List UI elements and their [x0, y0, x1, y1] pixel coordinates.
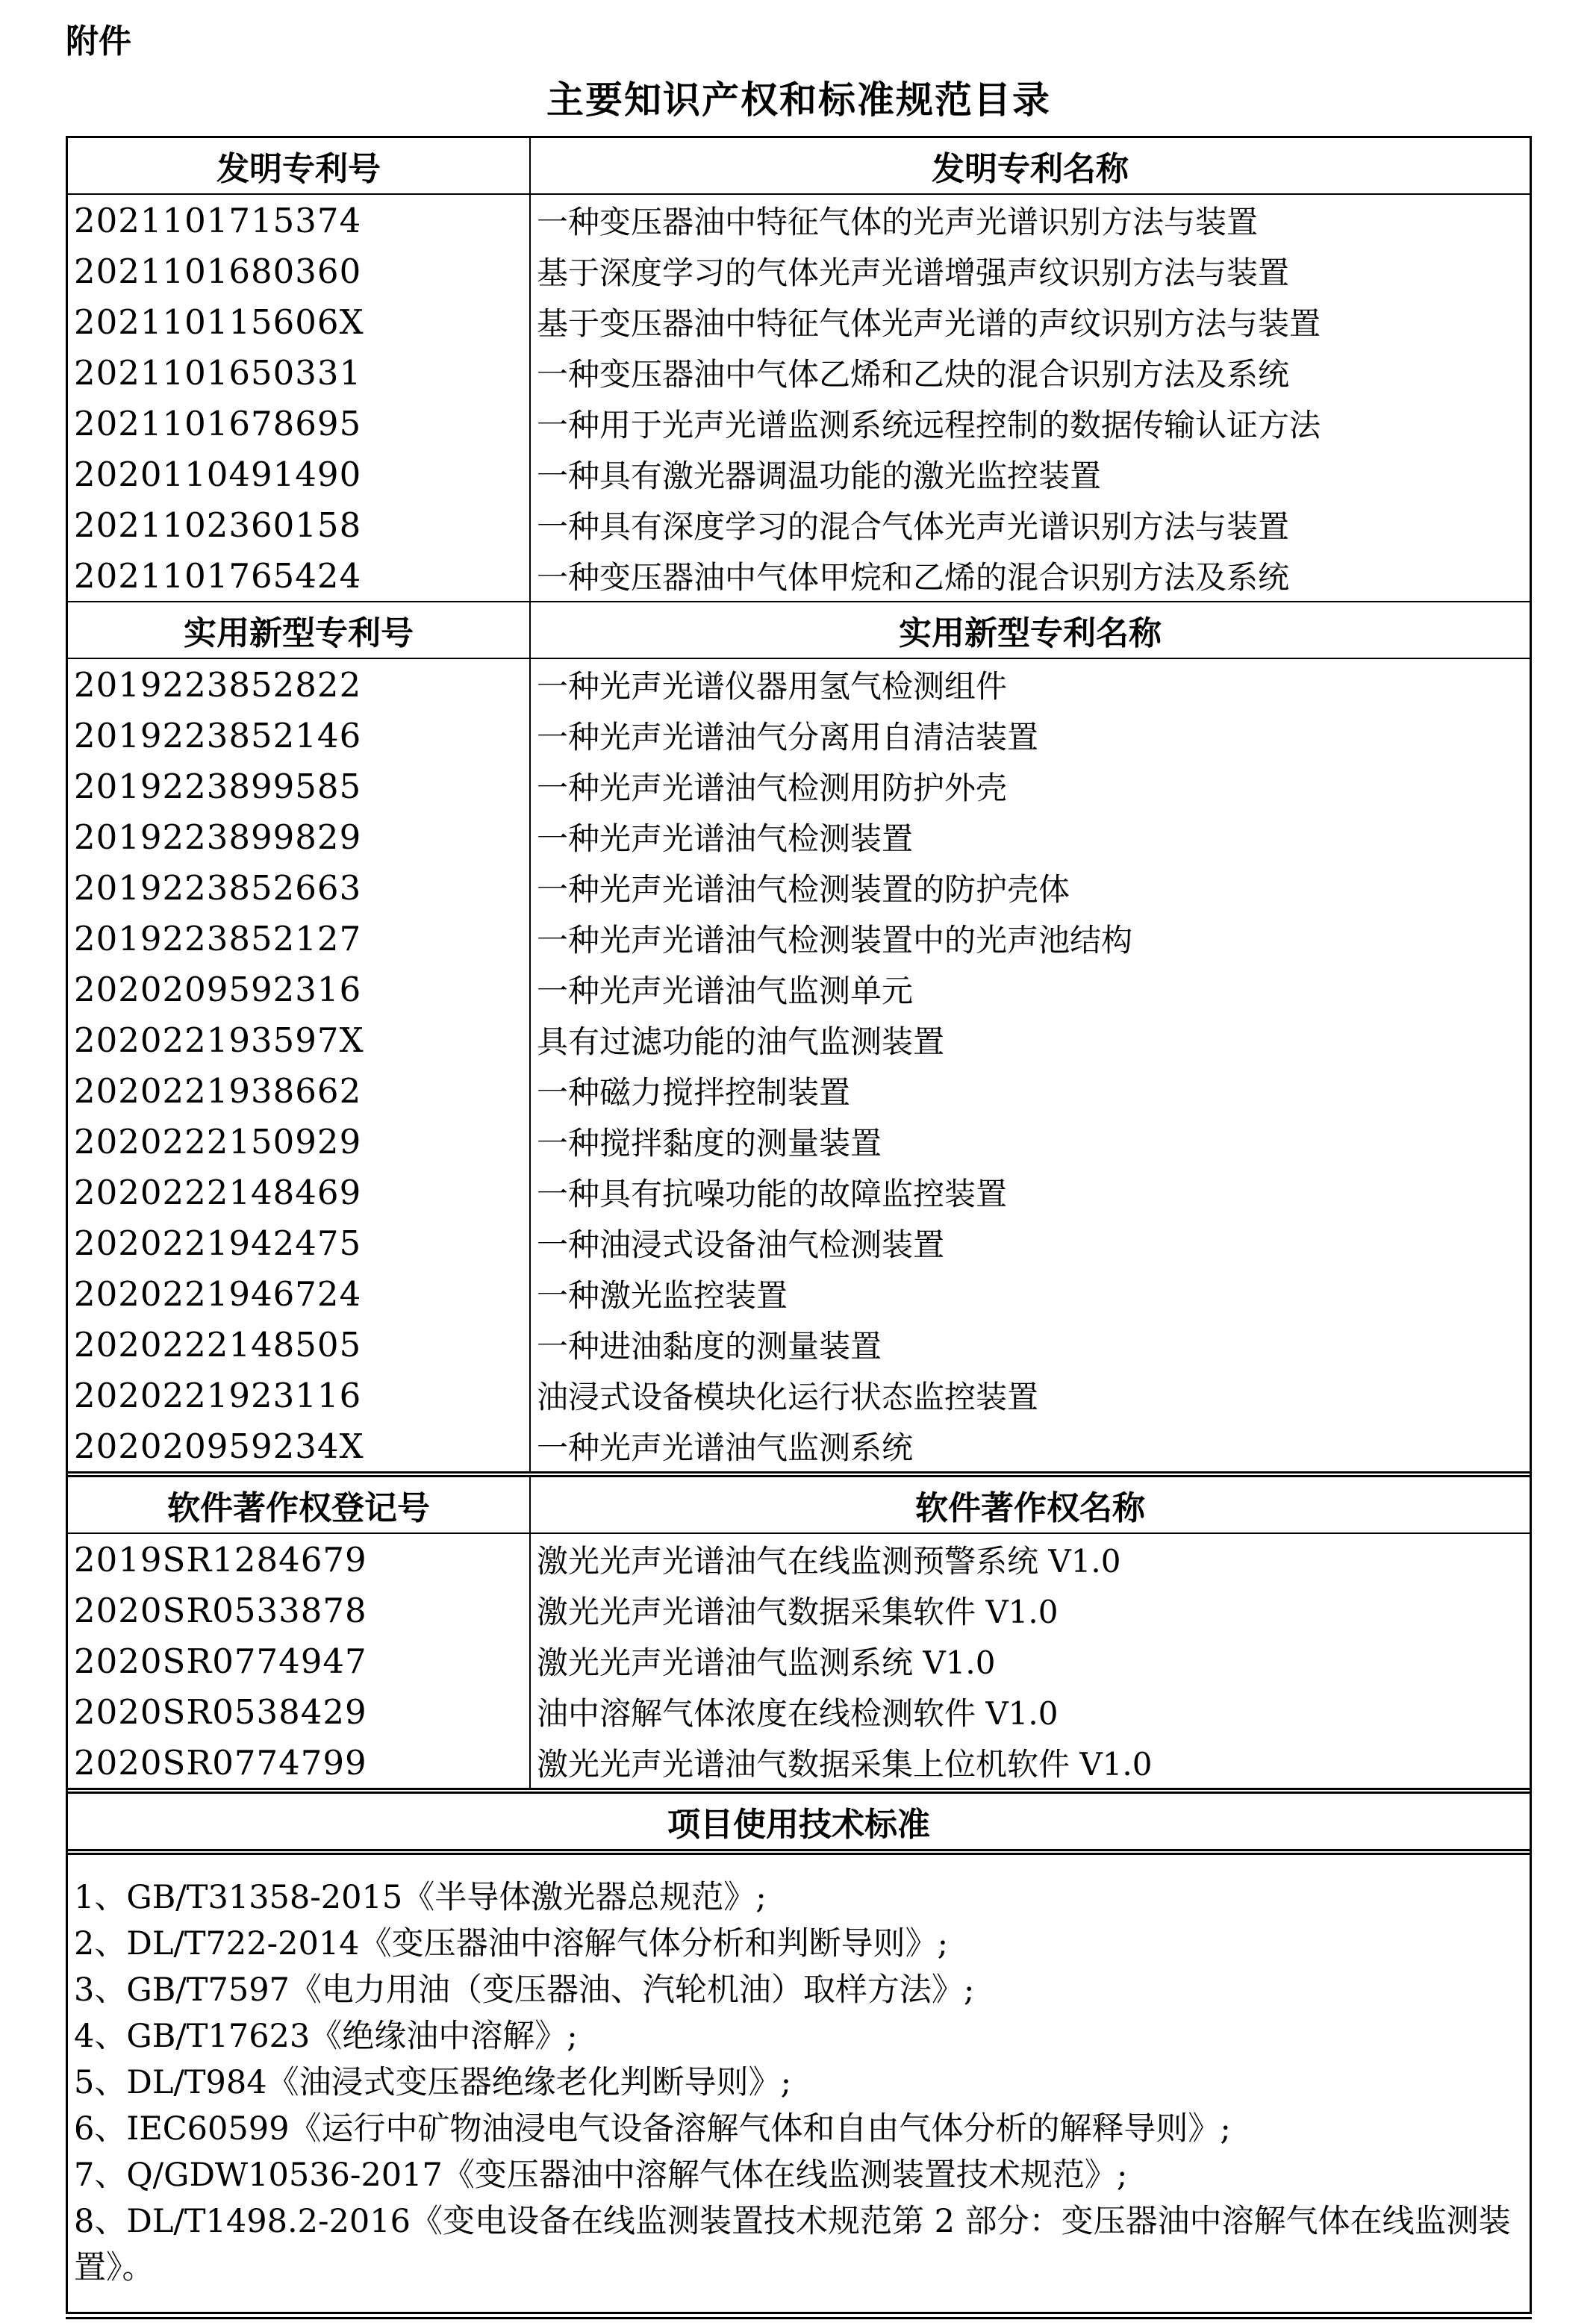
- patent-number-cell: 202110115606X: [68, 296, 531, 347]
- patent-number-cell: 2021101765424: [68, 550, 531, 601]
- table-row: 2020222150929一种搅拌黏度的测量装置: [68, 1116, 1530, 1167]
- patent-name-cell: 基于变压器油中特征气体光声光谱的声纹识别方法与装置: [531, 296, 1530, 347]
- table-row: 2021101715374一种变压器油中特征气体的光声光谱识别方法与装置: [68, 195, 1530, 246]
- standard-item: 7、Q/GDW10536-2017《变压器油中溶解气体在线监测装置技术规范》;: [74, 2152, 1524, 2198]
- standard-item: 3、GB/T7597《电力用油（变压器油、汽轮机油）取样方法》;: [74, 1967, 1524, 2013]
- patent-name-cell: 一种变压器油中气体甲烷和乙烯的混合识别方法及系统: [531, 550, 1530, 601]
- table-row: 202110115606X基于变压器油中特征气体光声光谱的声纹识别方法与装置: [68, 296, 1530, 347]
- table-row: 2020221942475一种油浸式设备油气检测装置: [68, 1217, 1530, 1268]
- table-row: 2020110491490一种具有激光器调温功能的激光监控装置: [68, 449, 1530, 499]
- standards-header-row: 项目使用技术标准: [68, 1788, 1530, 1855]
- invention-name-header: 发明专利名称: [531, 138, 1530, 193]
- table-row: 2020221946724一种激光监控装置: [68, 1268, 1530, 1319]
- patent-number-cell: 2020SR0774947: [68, 1636, 531, 1686]
- software-number-header: 软件著作权登记号: [68, 1477, 531, 1532]
- standard-item: 5、DL/T984《油浸式变压器绝缘老化判断导则》;: [74, 2059, 1524, 2106]
- patent-number-cell: 2019223899585: [68, 761, 531, 811]
- table-row: 2020SR0533878激光光声光谱油气数据采集软件 V1.0: [68, 1585, 1530, 1636]
- patent-name-cell: 一种搅拌黏度的测量装置: [531, 1116, 1530, 1167]
- table-row: 2021101680360基于深度学习的气体光声光谱增强声纹识别方法与装置: [68, 246, 1530, 296]
- table-row: 2019223852127一种光声光谱油气检测装置中的光声池结构: [68, 913, 1530, 964]
- patent-number-cell: 2021101715374: [68, 195, 531, 246]
- patent-number-cell: 2019223899829: [68, 811, 531, 862]
- table-row: 202020959234X一种光声光谱油气监测系统: [68, 1421, 1530, 1471]
- table-row: 2021101765424一种变压器油中气体甲烷和乙烯的混合识别方法及系统: [68, 550, 1530, 601]
- patent-number-cell: 2020221938662: [68, 1065, 531, 1116]
- table-row: 2020222148505一种进油黏度的测量装置: [68, 1319, 1530, 1370]
- utility-header-row: 实用新型专利号 实用新型专利名称: [68, 601, 1530, 659]
- table-row: 2019223899585一种光声光谱油气检测用防护外壳: [68, 761, 1530, 811]
- patent-number-cell: 2020221942475: [68, 1217, 531, 1268]
- patent-name-cell: 一种具有激光器调温功能的激光监控装置: [531, 449, 1530, 499]
- invention-number-header: 发明专利号: [68, 138, 531, 193]
- patent-number-cell: 2020222148505: [68, 1319, 531, 1370]
- ip-standards-table: 发明专利号 发明专利名称 2021101715374一种变压器油中特征气体的光声…: [66, 136, 1532, 2314]
- patent-number-cell: 2021101680360: [68, 246, 531, 296]
- table-row: 2019223852663一种光声光谱油气检测装置的防护壳体: [68, 862, 1530, 913]
- patent-name-cell: 一种变压器油中气体乙烯和乙炔的混合识别方法及系统: [531, 347, 1530, 398]
- standard-item: 1、GB/T31358-2015《半导体激光器总规范》;: [74, 1874, 1524, 1921]
- patent-number-cell: 2021102360158: [68, 499, 531, 550]
- patent-name-cell: 油中溶解气体浓度在线检测软件 V1.0: [531, 1686, 1530, 1737]
- patent-number-cell: 202020959234X: [68, 1421, 531, 1471]
- software-name-header: 软件著作权名称: [531, 1477, 1530, 1532]
- patent-name-cell: 一种光声光谱油气检测用防护外壳: [531, 761, 1530, 811]
- table-row: 2021101678695一种用于光声光谱监测系统远程控制的数据传输认证方法: [68, 398, 1530, 449]
- table-row: 2021102360158一种具有深度学习的混合气体光声光谱识别方法与装置: [68, 499, 1530, 550]
- patent-name-cell: 激光光声光谱油气数据采集上位机软件 V1.0: [531, 1737, 1530, 1788]
- patent-number-cell: 202022193597X: [68, 1014, 531, 1065]
- patent-name-cell: 一种光声光谱油气分离用自清洁装置: [531, 710, 1530, 761]
- patent-name-cell: 具有过滤功能的油气监测装置: [531, 1014, 1530, 1065]
- patent-number-cell: 2021101650331: [68, 347, 531, 398]
- patent-name-cell: 一种具有抗噪功能的故障监控装置: [531, 1167, 1530, 1217]
- document-page: 附件 主要知识产权和标准规范目录 发明专利号 发明专利名称 2021101715…: [0, 0, 1596, 2319]
- patent-number-cell: 2020222150929: [68, 1116, 531, 1167]
- patent-number-cell: 2020SR0533878: [68, 1585, 531, 1636]
- patent-name-cell: 基于深度学习的气体光声光谱增强声纹识别方法与装置: [531, 246, 1530, 296]
- patent-name-cell: 一种油浸式设备油气检测装置: [531, 1217, 1530, 1268]
- standard-item: 8、DL/T1498.2-2016《变电设备在线监测装置技术规范第 2 部分：变…: [74, 2198, 1524, 2291]
- software-rows: 2019SR1284679激光光声光谱油气在线监测预警系统 V1.02020SR…: [68, 1534, 1530, 1788]
- patent-name-cell: 一种进油黏度的测量装置: [531, 1319, 1530, 1370]
- patent-name-cell: 一种光声光谱油气检测装置的防护壳体: [531, 862, 1530, 913]
- standards-list: 1、GB/T31358-2015《半导体激光器总规范》;2、DL/T722-20…: [68, 1855, 1530, 2312]
- standard-item: 4、GB/T17623《绝缘油中溶解》;: [74, 2013, 1524, 2059]
- table-row: 2020209592316一种光声光谱油气监测单元: [68, 964, 1530, 1014]
- table-bottom-rule: [66, 2317, 1532, 2319]
- patent-number-cell: 2019223852127: [68, 913, 531, 964]
- table-row: 2020SR0774947激光光声光谱油气监测系统 V1.0: [68, 1636, 1530, 1686]
- patent-name-cell: 一种变压器油中特征气体的光声光谱识别方法与装置: [531, 195, 1530, 246]
- patent-name-cell: 激光光声光谱油气数据采集软件 V1.0: [531, 1585, 1530, 1636]
- table-row: 2020221938662一种磁力搅拌控制装置: [68, 1065, 1530, 1116]
- table-row: 2021101650331一种变压器油中气体乙烯和乙炔的混合识别方法及系统: [68, 347, 1530, 398]
- utility-name-header: 实用新型专利名称: [531, 602, 1530, 658]
- patent-number-cell: 2020222148469: [68, 1167, 531, 1217]
- patent-name-cell: 一种激光监控装置: [531, 1268, 1530, 1319]
- patent-number-cell: 2020221923116: [68, 1370, 531, 1421]
- table-row: 2019223852146一种光声光谱油气分离用自清洁装置: [68, 710, 1530, 761]
- patent-number-cell: 2019223852146: [68, 710, 531, 761]
- patent-name-cell: 一种光声光谱油气监测系统: [531, 1421, 1530, 1471]
- patent-number-cell: 2020110491490: [68, 449, 531, 499]
- patent-number-cell: 2020221946724: [68, 1268, 531, 1319]
- patent-name-cell: 一种具有深度学习的混合气体光声光谱识别方法与装置: [531, 499, 1530, 550]
- table-row: 2020222148469一种具有抗噪功能的故障监控装置: [68, 1167, 1530, 1217]
- patent-number-cell: 2019SR1284679: [68, 1534, 531, 1585]
- table-row: 2019223852822一种光声光谱仪器用氢气检测组件: [68, 659, 1530, 710]
- patent-name-cell: 一种光声光谱油气检测装置中的光声池结构: [531, 913, 1530, 964]
- table-row: 2019SR1284679激光光声光谱油气在线监测预警系统 V1.0: [68, 1534, 1530, 1585]
- standard-item: 2、DL/T722-2014《变压器油中溶解气体分析和判断导则》;: [74, 1921, 1524, 1967]
- attachment-label: 附件: [66, 21, 1532, 63]
- standard-item: 6、IEC60599《运行中矿物油浸电气设备溶解气体和自由气体分析的解释导则》;: [74, 2106, 1524, 2152]
- table-row: 202022193597X具有过滤功能的油气监测装置: [68, 1014, 1530, 1065]
- patent-name-cell: 一种光声光谱油气检测装置: [531, 811, 1530, 862]
- patent-name-cell: 一种光声光谱仪器用氢气检测组件: [531, 659, 1530, 710]
- patent-name-cell: 一种光声光谱油气监测单元: [531, 964, 1530, 1014]
- software-header-row: 软件著作权登记号 软件著作权名称: [68, 1471, 1530, 1534]
- patent-number-cell: 2019223852663: [68, 862, 531, 913]
- invention-rows: 2021101715374一种变压器油中特征气体的光声光谱识别方法与装置2021…: [68, 195, 1530, 601]
- invention-header-row: 发明专利号 发明专利名称: [68, 138, 1530, 195]
- patent-name-cell: 一种磁力搅拌控制装置: [531, 1065, 1530, 1116]
- utility-number-header: 实用新型专利号: [68, 602, 531, 658]
- table-row: 2020SR0538429油中溶解气体浓度在线检测软件 V1.0: [68, 1686, 1530, 1737]
- patent-number-cell: 2021101678695: [68, 398, 531, 449]
- page-title: 主要知识产权和标准规范目录: [66, 70, 1532, 124]
- utility-rows: 2019223852822一种光声光谱仪器用氢气检测组件201922385214…: [68, 659, 1530, 1471]
- patent-name-cell: 油浸式设备模块化运行状态监控装置: [531, 1370, 1530, 1421]
- patent-number-cell: 2020SR0774799: [68, 1737, 531, 1788]
- table-row: 2020221923116油浸式设备模块化运行状态监控装置: [68, 1370, 1530, 1421]
- patent-number-cell: 2020SR0538429: [68, 1686, 531, 1737]
- patent-number-cell: 2019223852822: [68, 659, 531, 710]
- patent-number-cell: 2020209592316: [68, 964, 531, 1014]
- table-row: 2019223899829一种光声光谱油气检测装置: [68, 811, 1530, 862]
- patent-name-cell: 激光光声光谱油气监测系统 V1.0: [531, 1636, 1530, 1686]
- patent-name-cell: 一种用于光声光谱监测系统远程控制的数据传输认证方法: [531, 398, 1530, 449]
- table-row: 2020SR0774799激光光声光谱油气数据采集上位机软件 V1.0: [68, 1737, 1530, 1788]
- standards-header: 项目使用技术标准: [68, 1794, 1530, 1849]
- patent-name-cell: 激光光声光谱油气在线监测预警系统 V1.0: [531, 1534, 1530, 1585]
